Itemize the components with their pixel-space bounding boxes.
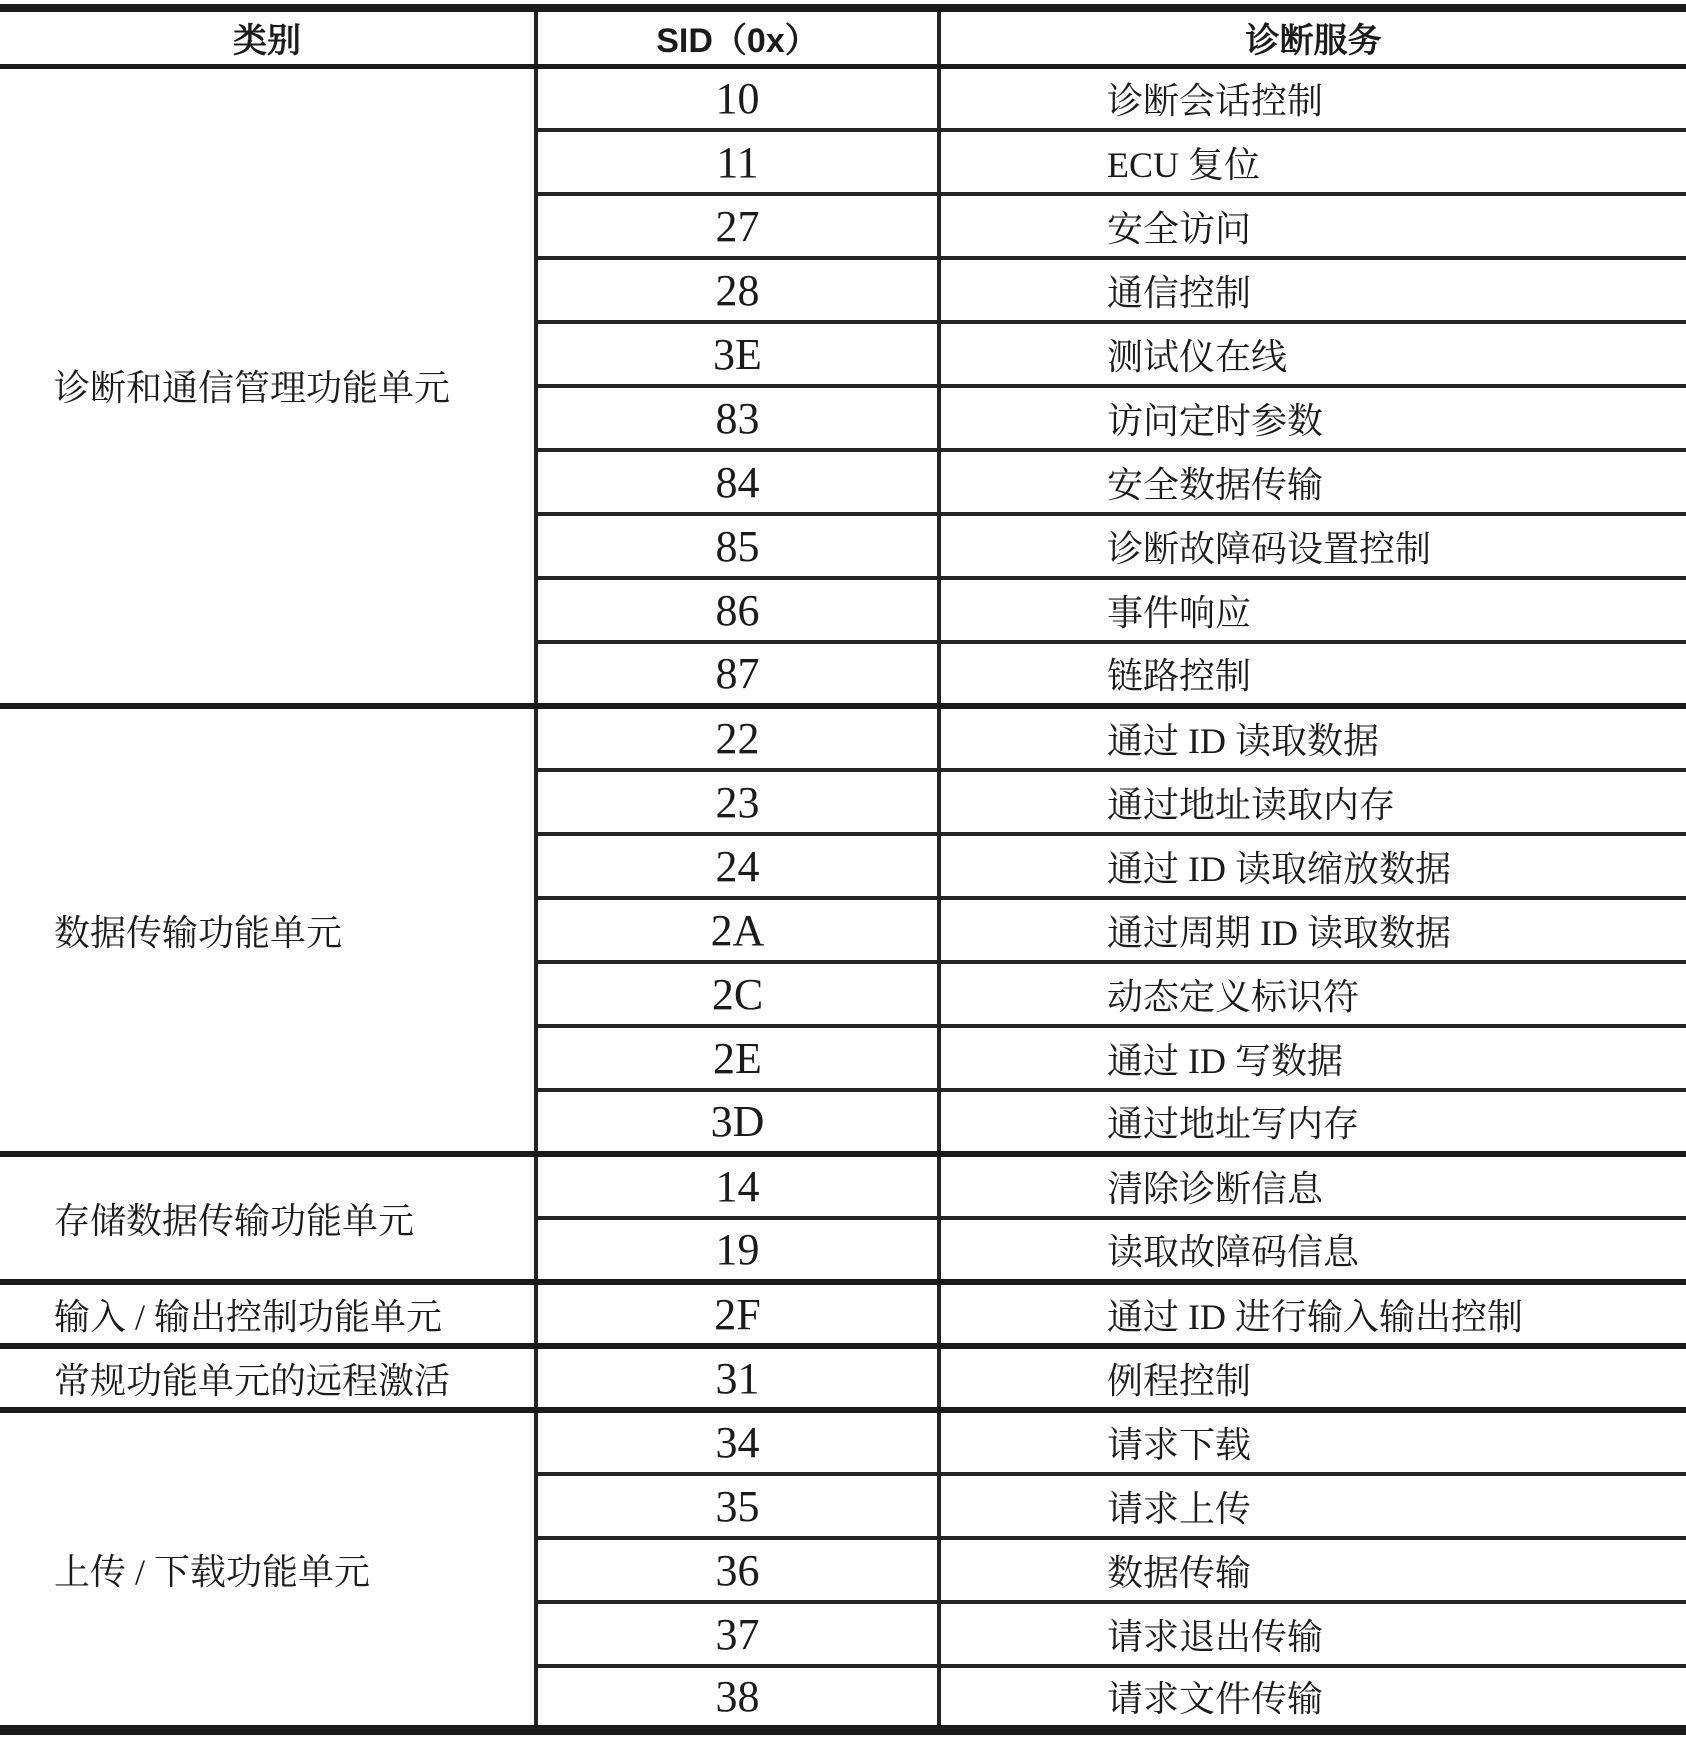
category-cell: 输入 / 输出控制功能单元 <box>0 1282 536 1346</box>
service-cell: 测试仪在线 <box>939 322 1686 386</box>
table-row: 存储数据传输功能单元14清除诊断信息 <box>0 1154 1686 1218</box>
header-sid: SID（0x） <box>536 8 939 66</box>
service-cell: 诊断会话控制 <box>939 66 1686 130</box>
table-row: 输入 / 输出控制功能单元2F通过 ID 进行输入输出控制 <box>0 1282 1686 1346</box>
sid-cell: 23 <box>536 770 939 834</box>
sid-cell: 2A <box>536 898 939 962</box>
service-cell: ECU 复位 <box>939 130 1686 194</box>
sid-cell: 31 <box>536 1346 939 1410</box>
service-cell: 通过 ID 写数据 <box>939 1026 1686 1090</box>
table-row: 数据传输功能单元22通过 ID 读取数据 <box>0 706 1686 770</box>
category-cell: 诊断和通信管理功能单元 <box>0 66 536 706</box>
service-cell: 请求下载 <box>939 1410 1686 1474</box>
service-cell: 事件响应 <box>939 578 1686 642</box>
uds-services-table: 类别 SID（0x） 诊断服务 诊断和通信管理功能单元10诊断会话控制11ECU… <box>0 4 1686 1735</box>
header-service: 诊断服务 <box>939 8 1686 66</box>
sid-cell: 19 <box>536 1218 939 1282</box>
sid-cell: 85 <box>536 514 939 578</box>
sid-cell: 2F <box>536 1282 939 1346</box>
sid-cell: 37 <box>536 1602 939 1666</box>
sid-cell: 87 <box>536 642 939 706</box>
sid-cell: 84 <box>536 450 939 514</box>
table-row: 常规功能单元的远程激活31例程控制 <box>0 1346 1686 1410</box>
sid-cell: 83 <box>536 386 939 450</box>
table-body: 诊断和通信管理功能单元10诊断会话控制11ECU 复位27安全访问28通信控制3… <box>0 66 1686 1730</box>
service-cell: 读取故障码信息 <box>939 1218 1686 1282</box>
sid-cell: 86 <box>536 578 939 642</box>
service-cell: 通过地址写内存 <box>939 1090 1686 1154</box>
sid-cell: 22 <box>536 706 939 770</box>
service-cell: 清除诊断信息 <box>939 1154 1686 1218</box>
category-cell: 存储数据传输功能单元 <box>0 1154 536 1282</box>
sid-cell: 2E <box>536 1026 939 1090</box>
service-cell: 通过 ID 进行输入输出控制 <box>939 1282 1686 1346</box>
service-cell: 访问定时参数 <box>939 386 1686 450</box>
sid-cell: 27 <box>536 194 939 258</box>
service-cell: 通过 ID 读取数据 <box>939 706 1686 770</box>
service-cell: 诊断故障码设置控制 <box>939 514 1686 578</box>
service-cell: 安全数据传输 <box>939 450 1686 514</box>
service-cell: 安全访问 <box>939 194 1686 258</box>
service-cell: 通过 ID 读取缩放数据 <box>939 834 1686 898</box>
category-cell: 上传 / 下载功能单元 <box>0 1410 536 1730</box>
service-cell: 数据传输 <box>939 1538 1686 1602</box>
service-cell: 链路控制 <box>939 642 1686 706</box>
service-cell: 通过周期 ID 读取数据 <box>939 898 1686 962</box>
service-cell: 动态定义标识符 <box>939 962 1686 1026</box>
page: 类别 SID（0x） 诊断服务 诊断和通信管理功能单元10诊断会话控制11ECU… <box>0 0 1686 1750</box>
service-cell: 请求退出传输 <box>939 1602 1686 1666</box>
category-cell: 数据传输功能单元 <box>0 706 536 1154</box>
sid-cell: 24 <box>536 834 939 898</box>
sid-cell: 3E <box>536 322 939 386</box>
sid-cell: 38 <box>536 1666 939 1730</box>
sid-cell: 14 <box>536 1154 939 1218</box>
service-cell: 通过地址读取内存 <box>939 770 1686 834</box>
table-row: 上传 / 下载功能单元34请求下载 <box>0 1410 1686 1474</box>
header-category: 类别 <box>0 8 536 66</box>
service-cell: 例程控制 <box>939 1346 1686 1410</box>
sid-cell: 28 <box>536 258 939 322</box>
sid-cell: 10 <box>536 66 939 130</box>
table-row: 诊断和通信管理功能单元10诊断会话控制 <box>0 66 1686 130</box>
service-cell: 请求文件传输 <box>939 1666 1686 1730</box>
sid-cell: 36 <box>536 1538 939 1602</box>
service-cell: 请求上传 <box>939 1474 1686 1538</box>
category-cell: 常规功能单元的远程激活 <box>0 1346 536 1410</box>
header-row: 类别 SID（0x） 诊断服务 <box>0 8 1686 66</box>
sid-cell: 34 <box>536 1410 939 1474</box>
sid-cell: 3D <box>536 1090 939 1154</box>
sid-cell: 11 <box>536 130 939 194</box>
sid-cell: 2C <box>536 962 939 1026</box>
service-cell: 通信控制 <box>939 258 1686 322</box>
sid-cell: 35 <box>536 1474 939 1538</box>
